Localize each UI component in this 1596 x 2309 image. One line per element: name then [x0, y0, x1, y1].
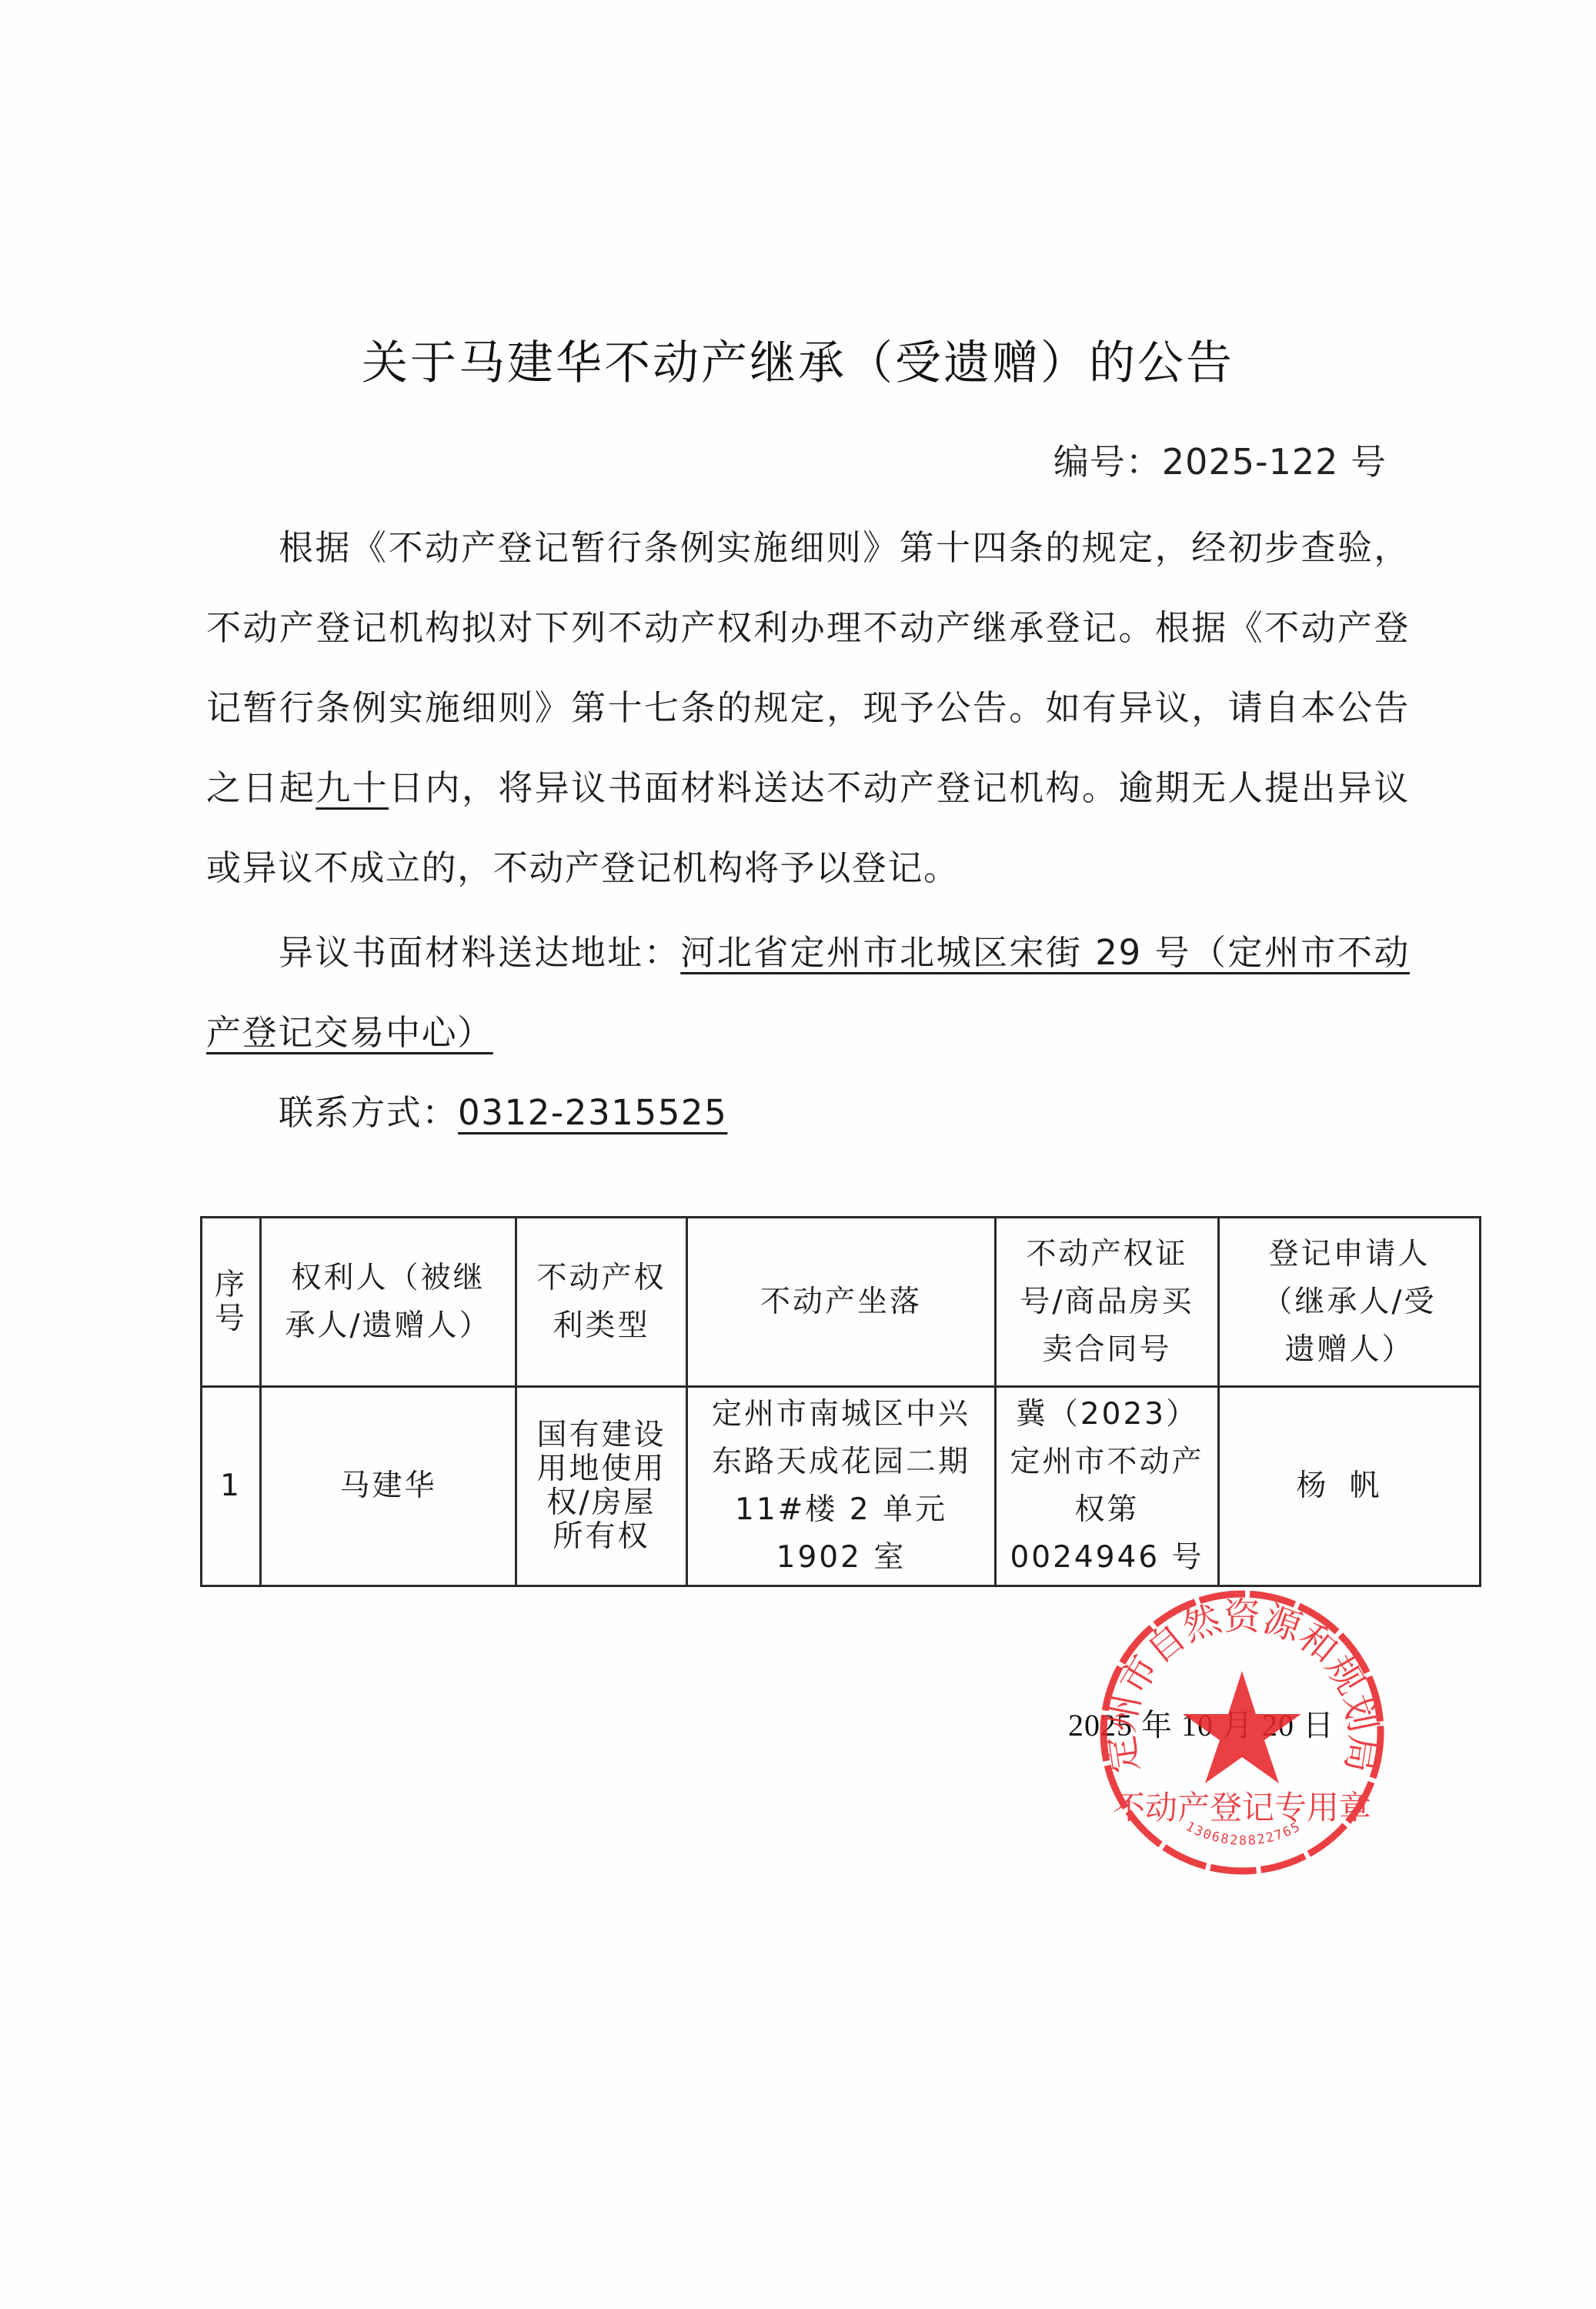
- objection-period-days: 九十: [316, 767, 389, 808]
- cell-right-type: 国有建设用地使用权/房屋所有权: [516, 1387, 687, 1586]
- objection-address-paragraph: 异议书面材料送达地址：河北省定州市北城区宋街 29 号（定州市不动产登记交易中心…: [206, 913, 1410, 1073]
- cell-owner: 马建华: [261, 1387, 516, 1586]
- header-right-type: 不动产权利类型: [516, 1218, 687, 1387]
- contact-label: 联系方式：: [279, 1092, 458, 1133]
- table-header-row: 序号 权利人（被继承人/遗赠人） 不动产权利类型 不动产坐落 不动产权证号/商品…: [202, 1218, 1481, 1387]
- header-applicant: 登记申请人（继承人/受遗赠人）: [1219, 1218, 1481, 1387]
- cell-location: 定州市南城区中兴东路天成花园二期 11#楼 2 单元 1902 室: [687, 1387, 996, 1586]
- official-seal-icon: 定州市自然资源和规划局 不动产登记专用章 1306828822765: [1097, 1588, 1387, 1877]
- property-table: 序号 权利人（被继承人/遗赠人） 不动产权利类型 不动产坐落 不动产权证号/商品…: [200, 1216, 1481, 1587]
- table-row: 1 马建华 国有建设用地使用权/房屋所有权 定州市南城区中兴东路天成花园二期 1…: [202, 1387, 1481, 1586]
- document-title: 关于马建华不动产继承（受遗赠）的公告: [0, 332, 1596, 394]
- document-number: 编号：2025-122 号: [1053, 437, 1387, 486]
- cell-certificate: 冀（2023）定州市不动产权第 0024946 号: [996, 1387, 1219, 1586]
- seal-star-icon: [1183, 1671, 1301, 1783]
- address-label: 异议书面材料送达地址：: [279, 932, 680, 973]
- main-paragraph: 根据《不动产登记暂行条例实施细则》第十四条的规定，经初步查验，不动产登记机构拟对…: [206, 508, 1410, 908]
- contact-paragraph: 联系方式：0312-2315525: [206, 1073, 1410, 1153]
- main-paragraph-part-1: 根据《不动产登记暂行条例实施细则》第十四条的规定，经初步查验，不动产登记机构拟对…: [206, 527, 1410, 808]
- document-page: 关于马建华不动产继承（受遗赠）的公告 编号：2025-122 号 根据《不动产登…: [0, 0, 1596, 2309]
- contact-phone: 0312-2315525: [458, 1092, 727, 1133]
- cell-index: 1: [202, 1387, 261, 1586]
- seal-purpose-text: 不动产登记专用章: [1113, 1789, 1371, 1826]
- header-certificate: 不动产权证号/商品房买卖合同号: [996, 1218, 1219, 1387]
- header-owner: 权利人（被继承人/遗赠人）: [261, 1218, 516, 1387]
- header-location: 不动产坐落: [687, 1218, 996, 1387]
- cell-applicant: 杨帆: [1219, 1387, 1481, 1586]
- header-index: 序号: [202, 1218, 261, 1387]
